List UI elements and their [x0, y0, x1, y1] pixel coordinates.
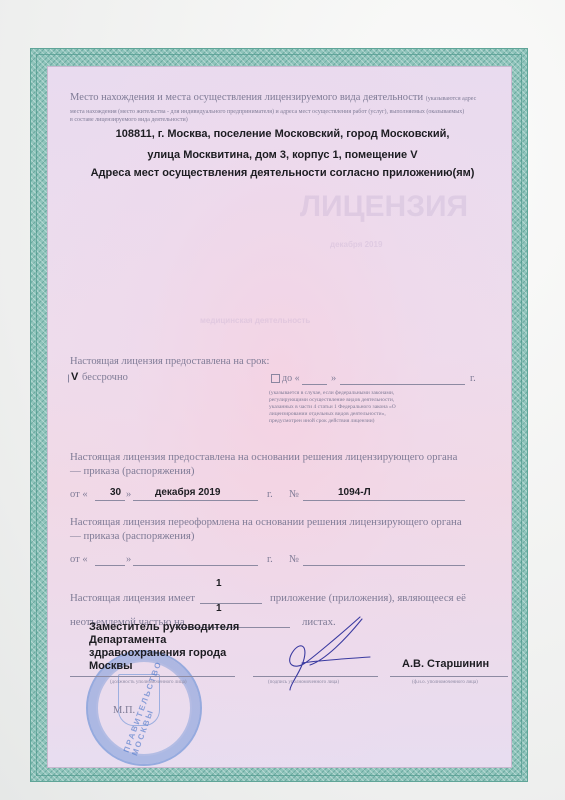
handwritten-signature	[250, 615, 390, 695]
grant-year-suffix: г.	[267, 489, 273, 500]
position-line	[70, 676, 235, 677]
grant-basis-line-2: — приказа (распоряжения)	[70, 465, 194, 477]
grant-date-line	[133, 500, 258, 501]
appendix-count-line	[200, 603, 262, 604]
seal-label: М.П.	[113, 705, 135, 716]
address-line-3: Адреса мест осуществления деятельности с…	[0, 167, 565, 179]
reissue-day-line[interactable]	[95, 565, 125, 566]
option-indefinite: бессрочно	[82, 372, 128, 383]
signatory-position-1: Заместитель руководителя	[89, 621, 239, 634]
until-date-line[interactable]	[340, 384, 465, 385]
show-through-text: декабря 2019	[330, 240, 382, 249]
signatory-position-3: здравоохранения города	[89, 647, 226, 660]
address-line-2: улица Москвитина, дом 3, корпус 1, помещ…	[0, 149, 565, 161]
signatory-name: А.В. Старшинин	[402, 658, 489, 670]
check-mark: V	[71, 371, 78, 383]
grant-day: 30	[110, 487, 121, 498]
location-heading: Место нахождения и места осуществления л…	[70, 92, 476, 103]
term-label: Настоящая лицензия предоставлена на срок…	[70, 356, 269, 367]
reissue-quote-close: »	[126, 554, 131, 565]
show-through-text: ЛИЦЕНЗИЯ	[300, 190, 468, 224]
until-prefix: до «	[282, 373, 300, 384]
until-year-suffix: г.	[470, 373, 476, 384]
reissue-date-line[interactable]	[133, 565, 258, 566]
appendix-prefix: Настоящая лицензия имеет	[70, 592, 195, 604]
reissue-basis-line-2: — приказа (распоряжения)	[70, 530, 194, 542]
position-caption: (должность уполномоченного лица)	[110, 680, 187, 685]
grant-basis-line-1: Настоящая лицензия предоставлена на осно…	[70, 451, 457, 463]
grant-number: 1094-Л	[338, 487, 371, 498]
address-line-1: 108811, г. Москва, поселение Московский,…	[0, 128, 565, 140]
until-day-line[interactable]	[302, 384, 327, 385]
location-hint-end: в составе лицензируемого вида деятельнос…	[70, 113, 188, 124]
name-line	[390, 676, 508, 677]
until-note: (указывается в случае, если федеральными…	[269, 390, 419, 425]
grant-from-label: от «	[70, 489, 88, 500]
reissue-basis-line-1: Настоящая лицензия переоформлена на осно…	[70, 516, 462, 528]
reissue-number-line[interactable]	[303, 565, 465, 566]
name-caption: (ф.и.о. уполномоченного лица)	[412, 680, 478, 685]
appendix-suffix: приложение (приложения), являющееся её	[270, 592, 466, 604]
grant-month-year: декабря 2019	[155, 487, 221, 498]
grant-number-label: №	[289, 489, 299, 500]
grant-quote-close: »	[126, 489, 131, 500]
reissue-number-label: №	[289, 554, 299, 565]
grant-day-line	[95, 500, 125, 501]
show-through-text: медицинская деятельность	[200, 316, 310, 325]
appendix-count: 1	[216, 578, 222, 589]
signatory-position-2: Департамента	[89, 634, 166, 647]
reissue-from-label: от «	[70, 554, 88, 565]
grant-number-line	[303, 500, 465, 501]
signatory-position-4: Москвы	[89, 660, 133, 673]
until-checkbox[interactable]	[271, 374, 280, 383]
until-mid: »	[331, 373, 336, 384]
reissue-year-suffix: г.	[267, 554, 273, 565]
appendix-sheets: 1	[216, 603, 222, 614]
